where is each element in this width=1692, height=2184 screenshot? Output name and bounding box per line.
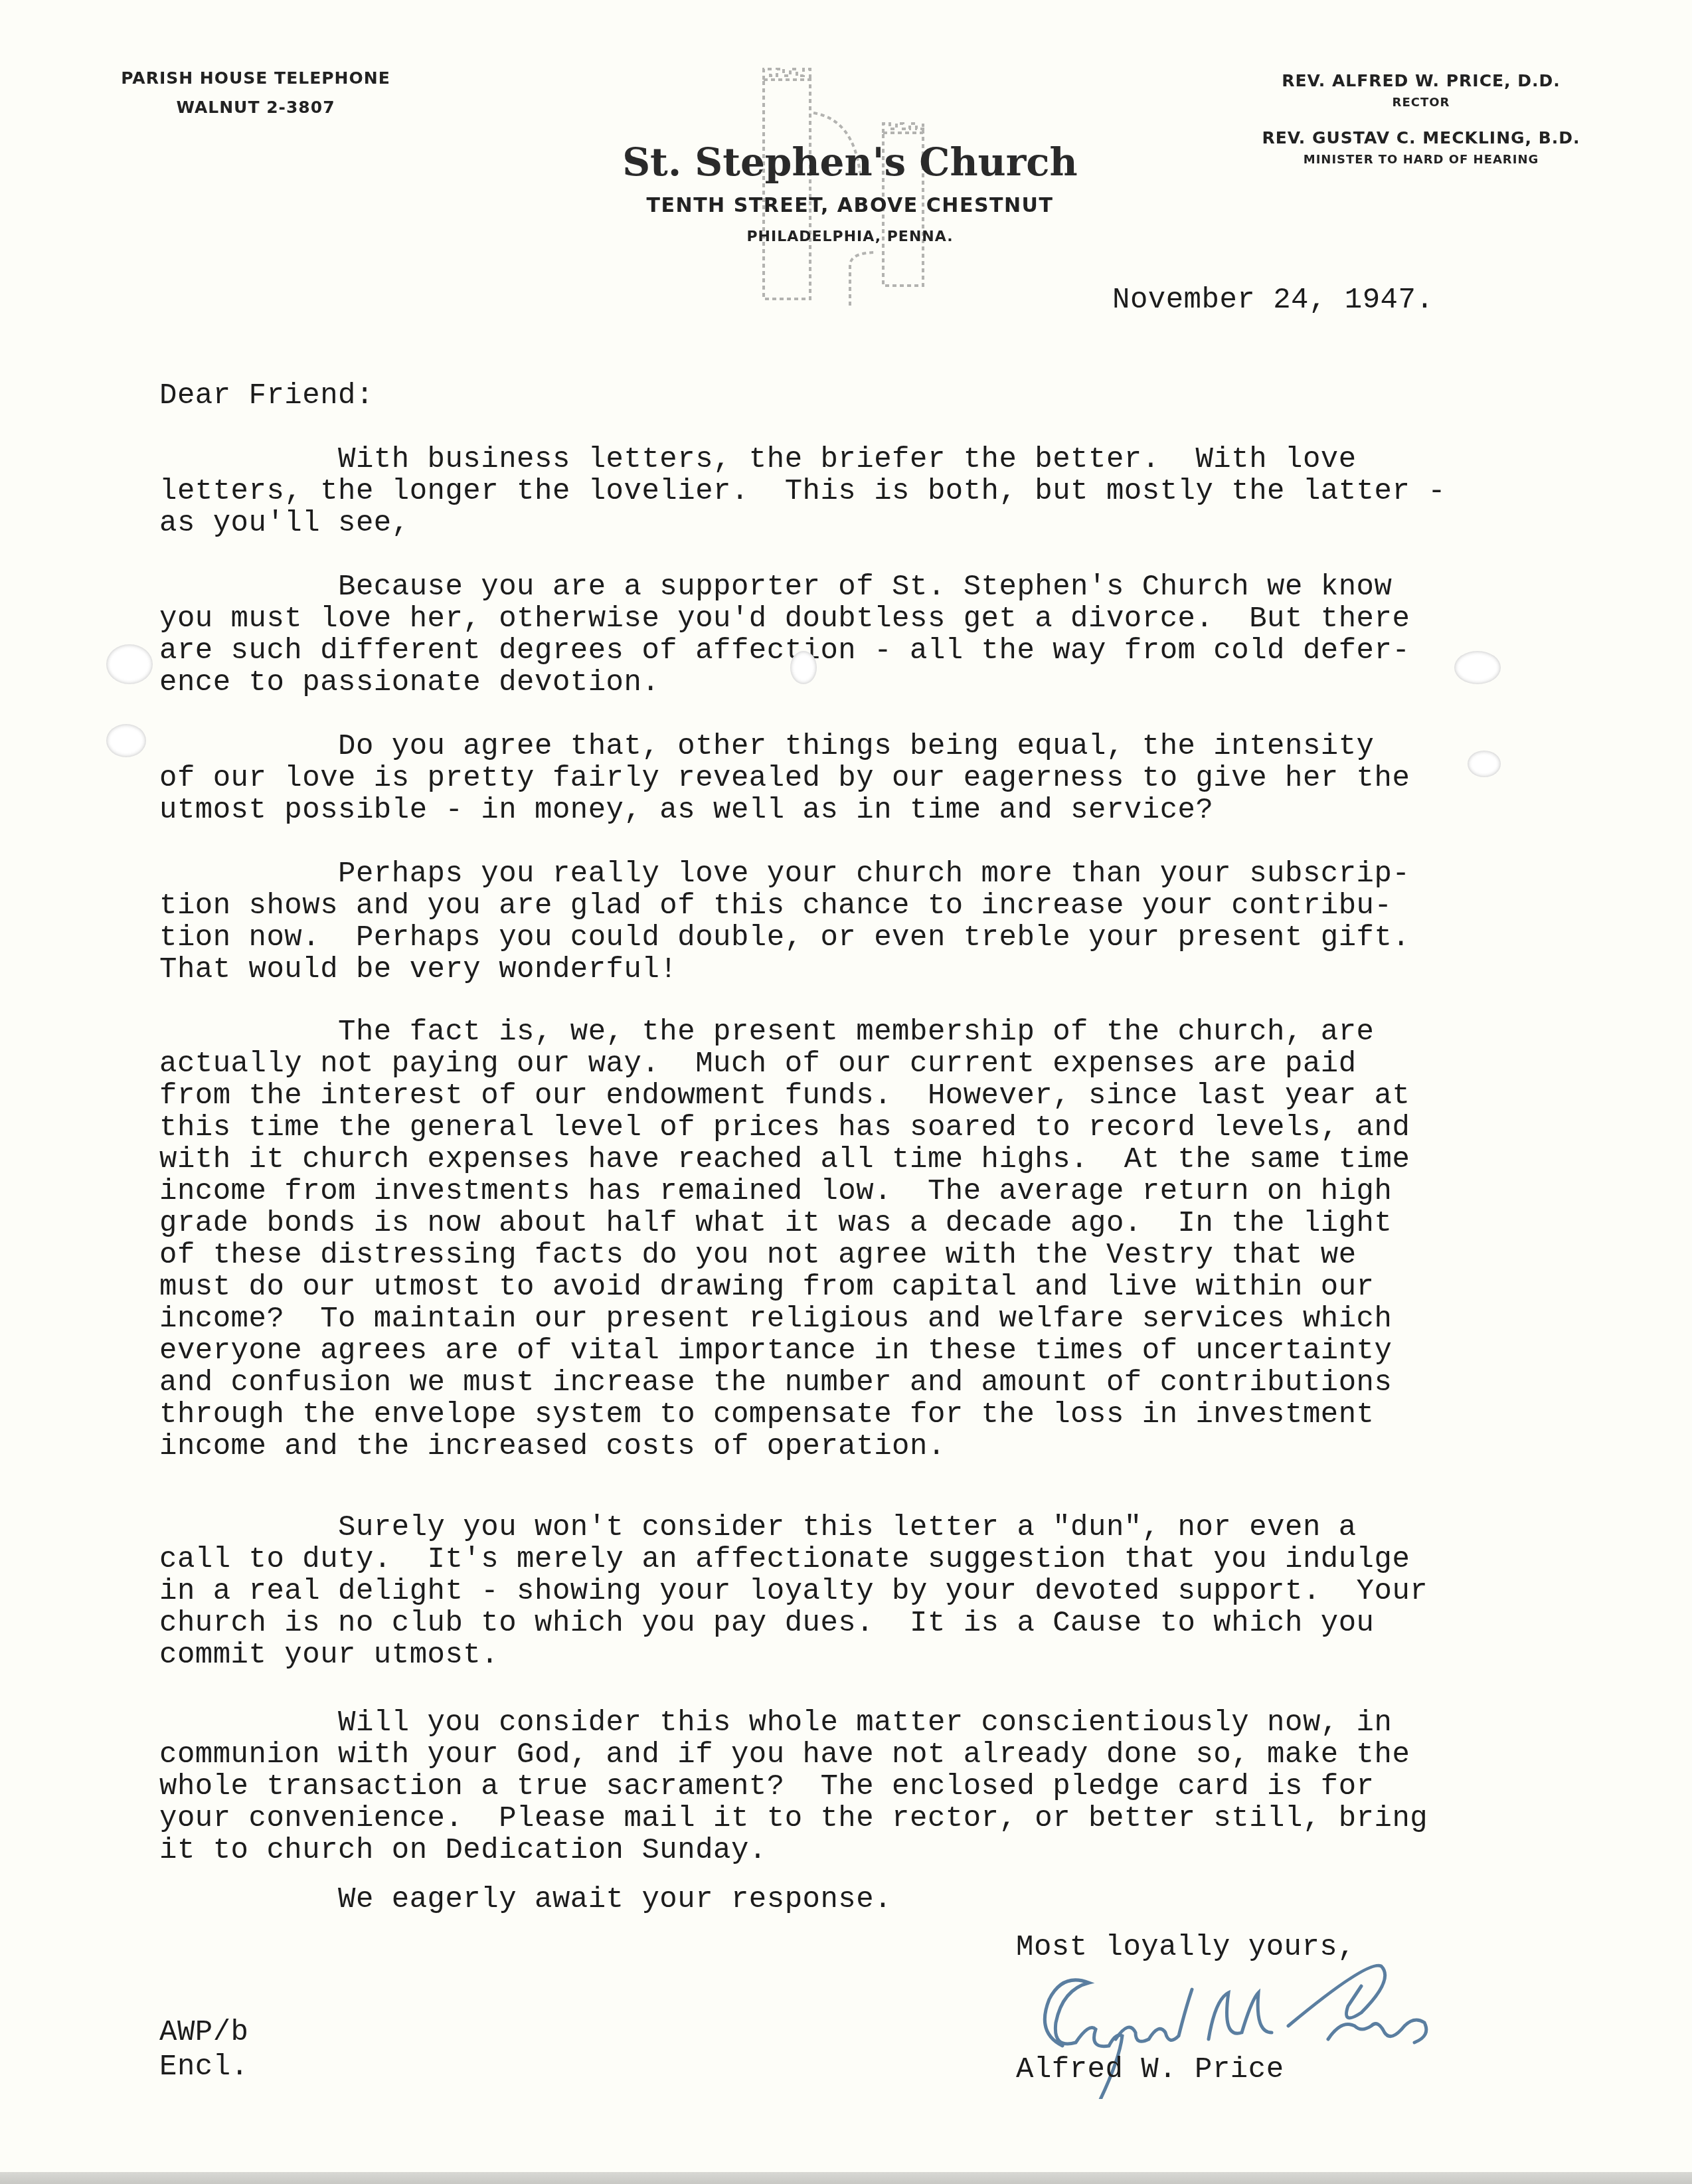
salutation: Dear Friend: xyxy=(159,380,374,412)
minister-title: MINISTER TO HARD OF HEARING xyxy=(1248,150,1594,170)
letter-date: November 24, 1947. xyxy=(1112,284,1434,316)
page-bottom-edge xyxy=(0,2172,1692,2184)
reference-initials: AWP/b xyxy=(159,2017,249,2048)
punch-hole xyxy=(1468,751,1501,777)
paragraph-5: The fact is, we, the present membership … xyxy=(159,1016,1620,1463)
paragraph-8: We eagerly await your response. xyxy=(159,1884,1620,1916)
paragraph-1: With business letters, the briefer the b… xyxy=(159,444,1620,539)
enclosure-notation: Encl. xyxy=(159,2051,249,2083)
telephone-number: WALNUT 2-3807 xyxy=(100,93,412,122)
paragraph-2: Because you are a supporter of St. Steph… xyxy=(159,571,1620,699)
church-name: St. Stephen's Church xyxy=(598,139,1102,185)
punch-hole xyxy=(106,724,146,757)
paragraph-6: Surely you won't consider this letter a … xyxy=(159,1512,1620,1671)
rector-name: REV. ALFRED W. PRICE, D.D. xyxy=(1248,69,1594,93)
typed-signer-name: Alfred W. Price xyxy=(1016,2054,1284,2086)
punch-hole xyxy=(106,644,153,684)
paragraph-4: Perhaps you really love your church more… xyxy=(159,858,1620,986)
clergy-block: REV. ALFRED W. PRICE, D.D. RECTOR REV. G… xyxy=(1248,69,1594,183)
church-letterhead: St. Stephen's Church TENTH STREET, ABOVE… xyxy=(598,40,1102,306)
telephone-label: PARISH HOUSE TELEPHONE xyxy=(100,64,412,93)
punch-hole xyxy=(1454,651,1501,684)
rector-title: RECTOR xyxy=(1248,93,1594,113)
punch-hole xyxy=(790,651,817,684)
paragraph-3: Do you agree that, other things being eq… xyxy=(159,731,1620,826)
church-address: TENTH STREET, ABOVE CHESTNUT xyxy=(598,194,1102,217)
parish-telephone-block: PARISH HOUSE TELEPHONE WALNUT 2-3807 xyxy=(100,64,412,122)
church-city: PHILADELPHIA, PENNA. xyxy=(598,228,1102,245)
minister-name: REV. GUSTAV C. MECKLING, B.D. xyxy=(1248,126,1594,150)
church-tower-illustration-icon xyxy=(750,60,950,312)
paragraph-7: Will you consider this whole matter cons… xyxy=(159,1707,1620,1866)
